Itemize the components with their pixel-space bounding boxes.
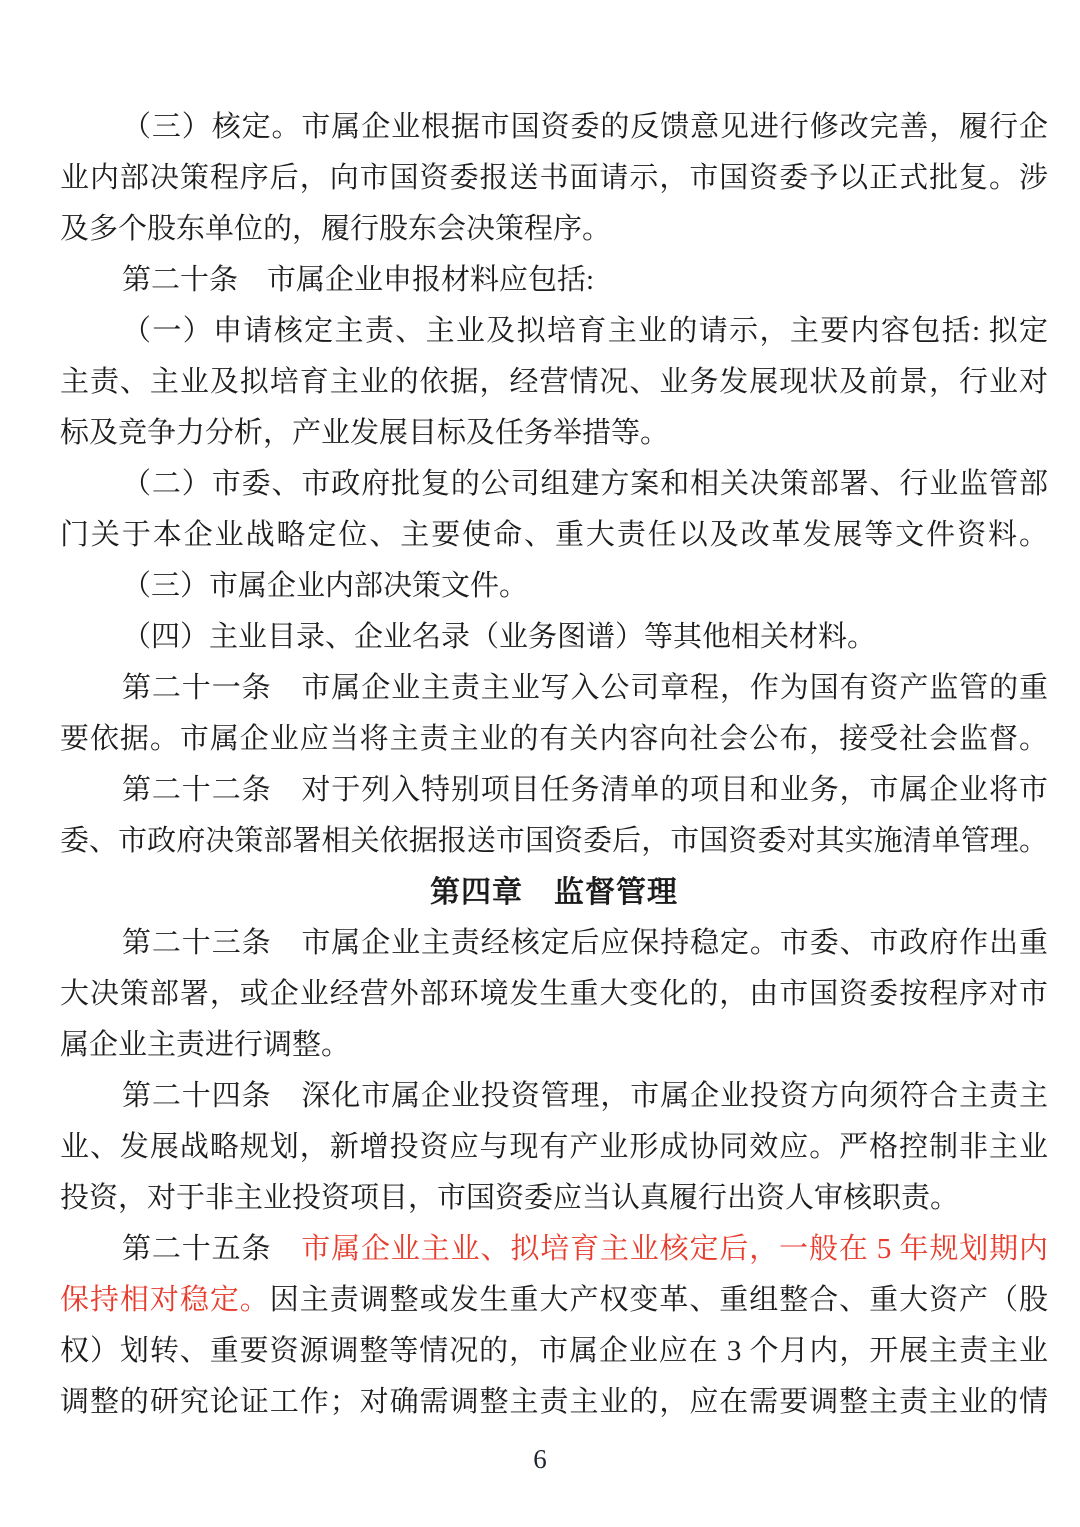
text-line: （三）市属企业内部决策文件。 [60,561,1048,612]
text-line: （二）市委、市政府批复的公司组建方案和相关决策部署、行业监管部 [60,459,1048,510]
text-segment: 第二十条 市属企业申报材料应包括: [122,264,594,296]
text-line: （四）主业目录、企业名录（业务图谱）等其他相关材料。 [60,612,1048,663]
text-line: 投资，对于非主业投资项目，市国资委应当认真履行出资人审核职责。 [60,1173,1048,1224]
document-body: （三）核定。市属企业根据市国资委的反馈意见进行修改完善，履行企业内部决策程序后，… [60,102,1048,1428]
text-line: 门关于本企业战略定位、主要使命、重大责任以及改革发展等文件资料。 [60,510,1048,561]
text-segment: 大决策部署，或企业经营外部环境发生重大变化的，由市国资委按程序对市 [60,978,1048,1010]
text-line: 第二十五条 市属企业主业、拟培育主业核定后，一般在 5 年规划期内 [60,1224,1048,1275]
highlighted-text: 市属企业主业、拟培育主业核定后，一般在 5 年规划期内 [301,1233,1048,1265]
text-segment: 门关于本企业战略定位、主要使命、重大责任以及改革发展等文件资料。 [60,519,1048,551]
text-segment: 委、市政府决策部署相关依据报送市国资委后，市国资委对其实施清单管理。 [60,825,1048,857]
text-segment: 因主责调整或发生重大产权变革、重组整合、重大资产（股 [270,1284,1048,1316]
text-line: 保持相对稳定。因主责调整或发生重大产权变革、重组整合、重大资产（股 [60,1275,1048,1326]
text-line: （三）核定。市属企业根据市国资委的反馈意见进行修改完善，履行企 [60,102,1048,153]
text-segment: （四）主业目录、企业名录（业务图谱）等其他相关材料。 [122,621,876,653]
text-line: 权）划转、重要资源调整等情况的，市属企业应在 3 个月内，开展主责主业 [60,1326,1048,1377]
text-segment: 第四章 监督管理 [430,876,678,909]
text-line: 标及竞争力分析，产业发展目标及任务举措等。 [60,408,1048,459]
text-segment: （二）市委、市政府批复的公司组建方案和相关决策部署、行业监管部 [122,468,1048,500]
text-line: （一）申请核定主责、主业及拟培育主业的请示，主要内容包括: 拟定 [60,306,1048,357]
text-line: 第二十四条 深化市属企业投资管理，市属企业投资方向须符合主责主 [60,1071,1048,1122]
text-segment: 权）划转、重要资源调整等情况的，市属企业应在 3 个月内，开展主责主业 [60,1335,1048,1367]
text-line: 主责、主业及拟培育主业的依据，经营情况、业务发展现状及前景，行业对 [60,357,1048,408]
text-line: 第二十条 市属企业申报材料应包括: [60,255,1048,306]
text-segment: （三）市属企业内部决策文件。 [122,570,528,602]
text-line: 大决策部署，或企业经营外部环境发生重大变化的，由市国资委按程序对市 [60,969,1048,1020]
page-footer: 6 [0,1444,1080,1475]
text-line: 业、发展战略规划，新增投资应与现有产业形成协同效应。严格控制非主业 [60,1122,1048,1173]
text-segment: 主责、主业及拟培育主业的依据，经营情况、业务发展现状及前景，行业对 [60,366,1048,398]
text-segment: 第二十五条 [122,1233,301,1265]
text-segment: 投资，对于非主业投资项目，市国资委应当认真履行出资人审核职责。 [60,1182,959,1214]
text-segment: 业内部决策程序后，向市国资委报送书面请示，市国资委予以正式批复。涉 [60,162,1048,194]
text-segment: 第二十四条 深化市属企业投资管理，市属企业投资方向须符合主责主 [122,1080,1048,1112]
text-segment: 调整的研究论证工作；对确需调整主责主业的，应在需要调整主责主业的情 [60,1386,1048,1418]
document-page: （三）核定。市属企业根据市国资委的反馈意见进行修改完善，履行企业内部决策程序后，… [0,0,1080,1527]
text-segment: 业、发展战略规划，新增投资应与现有产业形成协同效应。严格控制非主业 [60,1131,1048,1163]
text-segment: 第二十一条 市属企业主责主业写入公司章程，作为国有资产监管的重 [122,672,1048,704]
text-segment: 第二十三条 市属企业主责经核定后应保持稳定。市委、市政府作出重 [122,927,1048,959]
text-line: 业内部决策程序后，向市国资委报送书面请示，市国资委予以正式批复。涉 [60,153,1048,204]
text-line: 第二十一条 市属企业主责主业写入公司章程，作为国有资产监管的重 [60,663,1048,714]
text-segment: 标及竞争力分析，产业发展目标及任务举措等。 [60,417,669,449]
text-segment: 要依据。市属企业应当将主责主业的有关内容向社会公布，接受社会监督。 [60,723,1048,755]
chapter-heading: 第四章 监督管理 [60,867,1048,918]
text-segment: 第二十二条 对于列入特别项目任务清单的项目和业务，市属企业将市 [122,774,1048,806]
text-line: 委、市政府决策部署相关依据报送市国资委后，市国资委对其实施清单管理。 [60,816,1048,867]
text-line: 属企业主责进行调整。 [60,1020,1048,1071]
text-line: 第二十二条 对于列入特别项目任务清单的项目和业务，市属企业将市 [60,765,1048,816]
text-segment: （一）申请核定主责、主业及拟培育主业的请示，主要内容包括: 拟定 [122,315,1048,347]
text-line: 调整的研究论证工作；对确需调整主责主业的，应在需要调整主责主业的情 [60,1377,1048,1428]
text-segment: 属企业主责进行调整。 [60,1029,350,1061]
text-segment: 及多个股东单位的，履行股东会决策程序。 [60,213,611,245]
text-line: 第二十三条 市属企业主责经核定后应保持稳定。市委、市政府作出重 [60,918,1048,969]
text-line: 及多个股东单位的，履行股东会决策程序。 [60,204,1048,255]
text-segment: （三）核定。市属企业根据市国资委的反馈意见进行修改完善，履行企 [122,111,1048,143]
highlighted-text: 保持相对稳定。 [60,1284,270,1316]
page-number: 6 [533,1444,547,1474]
text-line: 要依据。市属企业应当将主责主业的有关内容向社会公布，接受社会监督。 [60,714,1048,765]
